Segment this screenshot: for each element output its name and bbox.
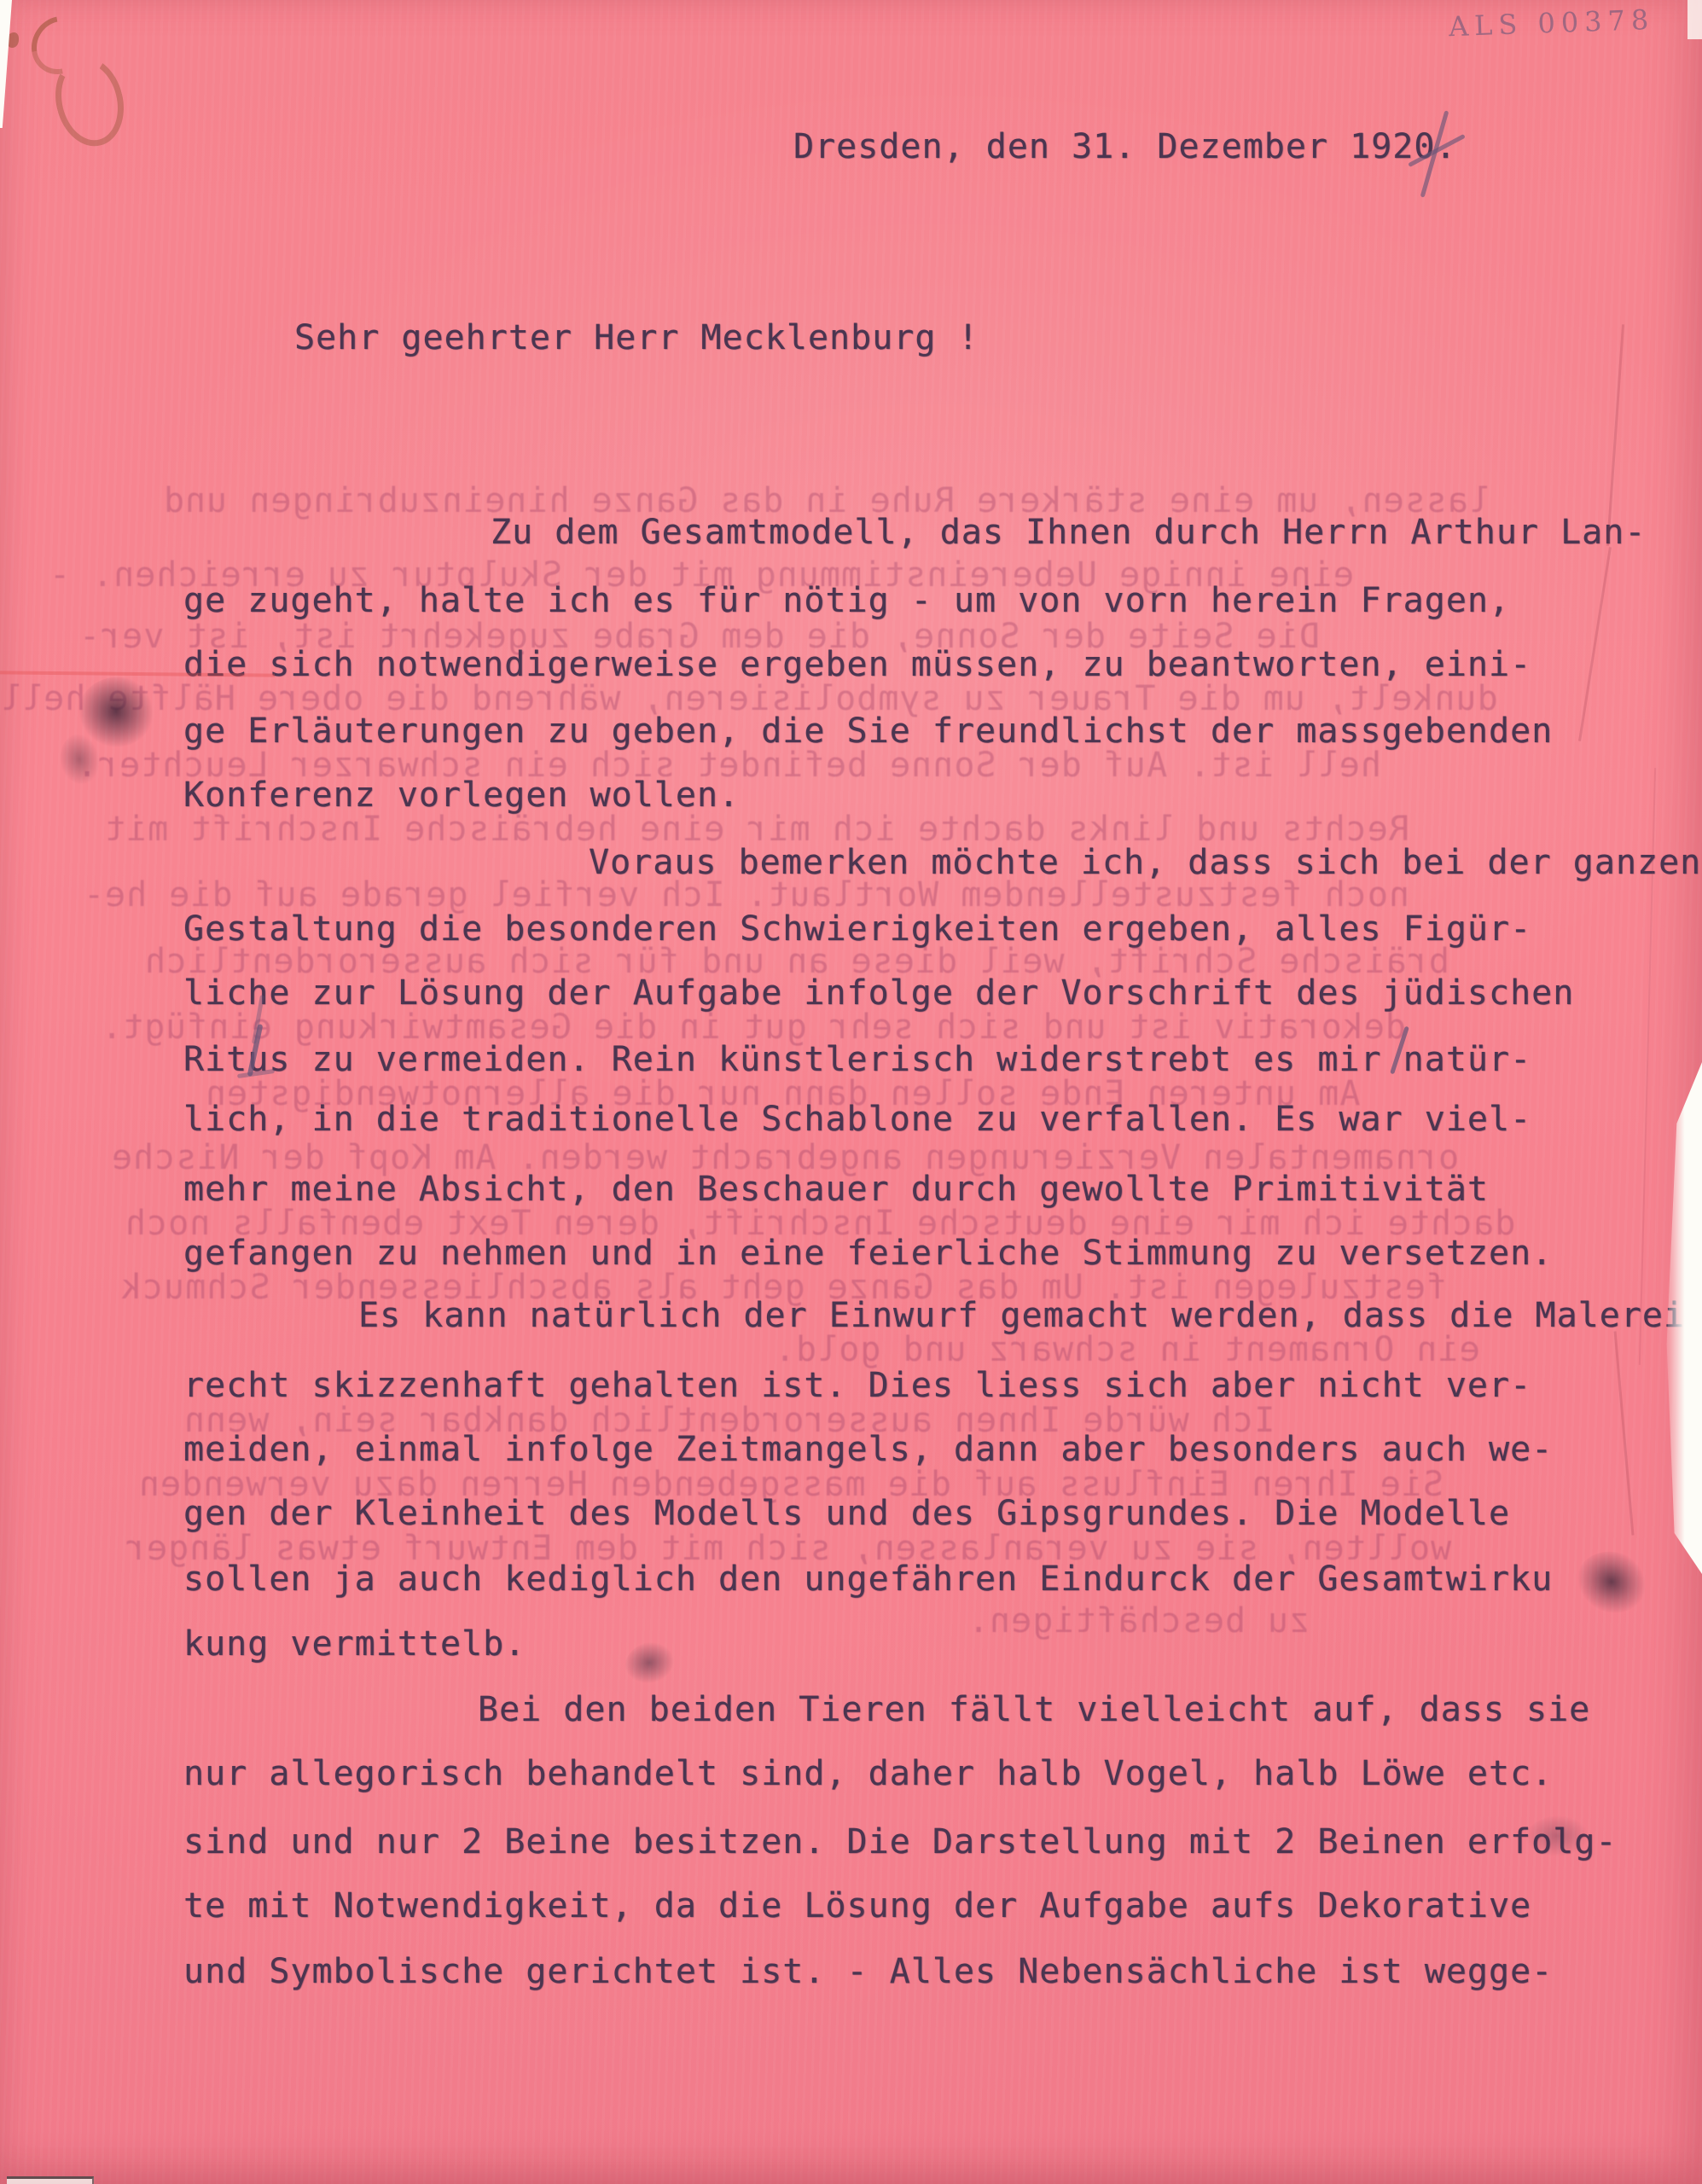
letter-page: ALS 00378 Dresden, den 31. Dezember 1920… — [0, 0, 1702, 2184]
typed-line: sind und nur 2 Beine besitzen. Die Darst… — [183, 1821, 1618, 1862]
bottom-shading — [0, 2129, 1702, 2184]
bleed-through-line: ein Ornament in schwarz und gold. — [774, 1329, 1480, 1370]
typed-line: te mit Notwendigkeit, da die Lösung der … — [183, 1885, 1531, 1926]
typed-line: ge zugeht, halte ich es für nötig - um v… — [183, 580, 1510, 621]
typed-line: Bei den beiden Tieren fällt vielleicht a… — [478, 1689, 1590, 1730]
typed-line: kung vermittelb. — [183, 1623, 526, 1664]
page-edge-top-right — [1687, 0, 1702, 39]
typed-line: sollen ja auch kediglich den ungefähren … — [183, 1559, 1553, 1600]
typed-line: nur allegorisch behandelt sind, daher ha… — [183, 1753, 1553, 1794]
typed-line: lich, in die traditionelle Schablone zu … — [183, 1099, 1531, 1140]
bleed-through-line: zu beschäftigen. — [967, 1600, 1310, 1641]
typed-line: und Symbolische gerichtet ist. - Alles N… — [183, 1951, 1553, 1992]
typed-line: Zu dem Gesamtmodell, das Ihnen durch Her… — [491, 512, 1646, 553]
letter-body: lassen, um eine stärkere Ruhe in das Gan… — [0, 0, 1702, 2184]
